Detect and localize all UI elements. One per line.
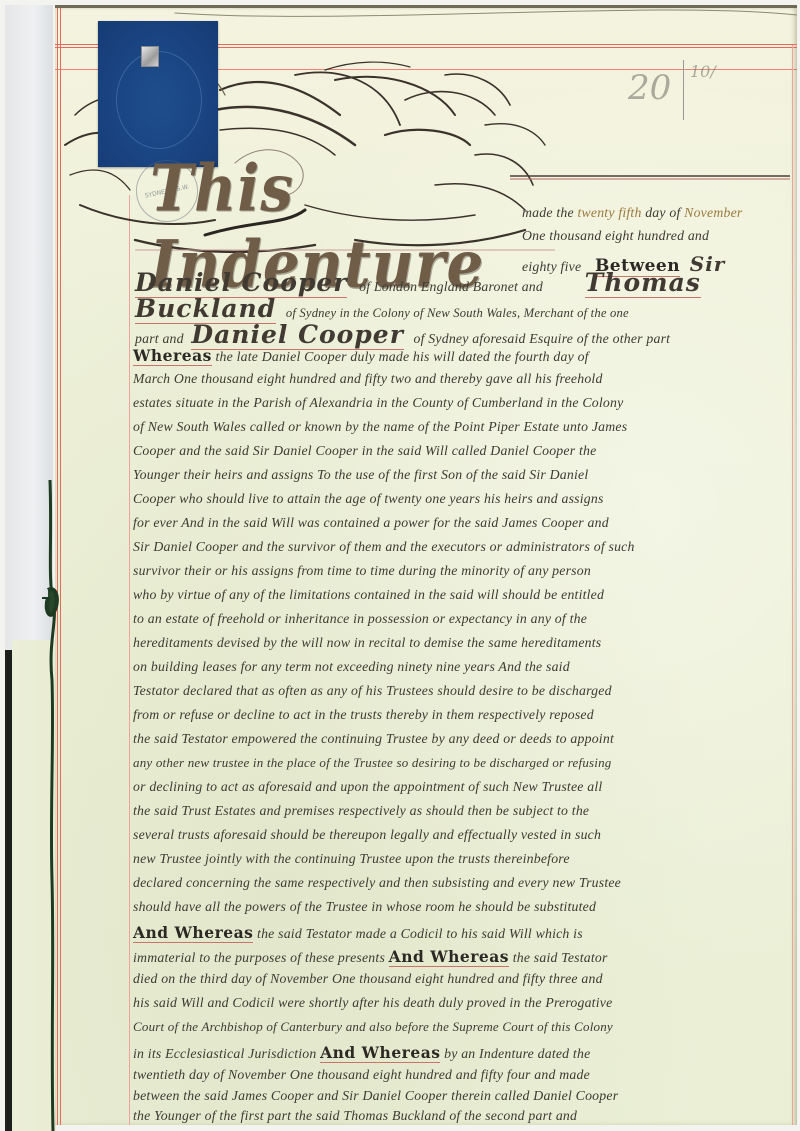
body-line: Court of the Archbishop of Canterbury an… <box>133 1019 613 1035</box>
whereas-keyword: Whereas <box>133 346 212 366</box>
body-line: the said Testator empowered the continui… <box>133 731 614 747</box>
stamp-silver-inset <box>141 46 159 67</box>
body-line: of New South Wales called or known by th… <box>133 419 627 435</box>
opening-line-2: One thousand eight hundred and <box>522 228 709 244</box>
body-line: should have all the powers of the Truste… <box>133 899 596 915</box>
body-line: to an estate of freehold or inheritance … <box>133 611 587 627</box>
body-line: or declining to act as aforesaid and upo… <box>133 779 602 795</box>
date-day: twenty fifth <box>577 205 641 220</box>
body-line: who by virtue of any of the limitations … <box>133 587 604 603</box>
body-line: between the said James Cooper and Sir Da… <box>133 1088 618 1104</box>
stamp-emboss-seal <box>116 51 202 149</box>
body-line: the Younger of the first part the said T… <box>133 1108 577 1124</box>
party-line-1: Daniel Cooper of London England Baronet … <box>135 268 701 297</box>
body-line: for ever And in the said Will was contai… <box>133 515 609 531</box>
pencil-reference-number: 10/ <box>690 62 716 81</box>
body-line: his said Will and Codicil were shortly a… <box>133 995 612 1011</box>
body-line: several trusts aforesaid should be there… <box>133 827 601 843</box>
body-line: survivor their or his assigns from time … <box>133 563 591 579</box>
body-line: Cooper and the said Sir Daniel Cooper in… <box>133 443 596 459</box>
body-line: Whereas the late Daniel Cooper duly made… <box>133 346 589 365</box>
body-line: Younger their heirs and assigns To the u… <box>133 467 588 483</box>
and-whereas-keyword: And Whereas <box>320 1043 440 1063</box>
party-line-2: Buckland of Sydney in the Colony of New … <box>135 294 629 323</box>
body-line: hereditaments devised by the will now in… <box>133 635 601 651</box>
body-line: the said Trust Estates and premises resp… <box>133 803 589 819</box>
body-line: any other new trustee in the place of th… <box>133 755 611 771</box>
body-line: died on the third day of November One th… <box>133 971 603 987</box>
body-line: on building leases for any term not exce… <box>133 659 570 675</box>
body-line: March One thousand eight hundred and fif… <box>133 371 603 387</box>
page-top-edge <box>55 5 797 8</box>
body-line: new Trustee jointly with the continuing … <box>133 851 570 867</box>
party-line-3: part and Daniel Cooper of Sydney aforesa… <box>135 320 670 349</box>
body-line: from or refuse or decline to act in the … <box>133 707 594 723</box>
body-line: Testator declared that as often as any o… <box>133 683 612 699</box>
body-line: And Whereas the said Testator made a Cod… <box>133 923 583 942</box>
opening-line-1: made the twenty fifth day of November <box>522 205 742 221</box>
body-line: twentieth day of November One thousand e… <box>133 1067 590 1083</box>
margin-line-inner <box>129 195 130 1125</box>
duty-stamp <box>98 21 218 167</box>
and-whereas-keyword: And Whereas <box>133 923 253 943</box>
binding-ribbon <box>40 480 64 1131</box>
body-line: declared concerning the same respectivel… <box>133 875 621 891</box>
body-line: immaterial to the purposes of these pres… <box>133 947 608 966</box>
body-line: Sir Daniel Cooper and the survivor of th… <box>133 539 635 555</box>
document-headline: This Indenture <box>150 150 530 240</box>
pencil-divider <box>683 60 684 120</box>
body-line: Cooper who should live to attain the age… <box>133 491 604 507</box>
and-whereas-keyword: And Whereas <box>389 947 509 967</box>
body-line: estates situate in the Parish of Alexand… <box>133 395 623 411</box>
date-month: November <box>684 205 742 220</box>
body-line: in its Ecclesiastical Jurisdiction And W… <box>133 1043 590 1062</box>
margin-line-right <box>792 45 793 1125</box>
binding-shadow <box>5 650 12 1131</box>
pencil-folio-number: 20 <box>628 68 671 108</box>
